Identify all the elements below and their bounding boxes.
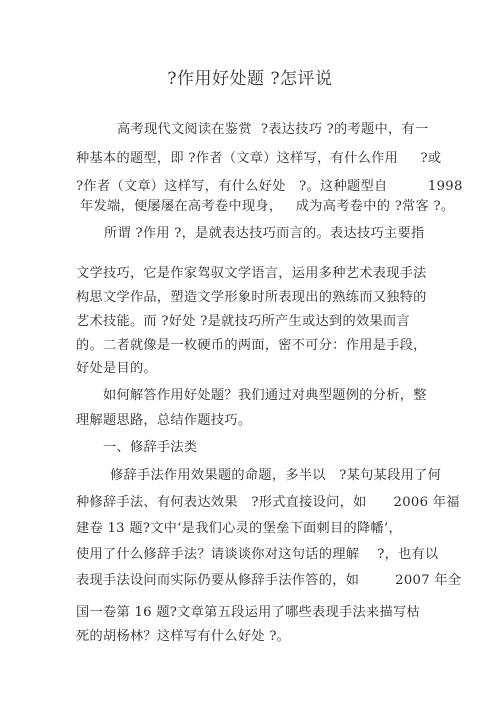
text-line: 年发端，便屡屡在高考卷中现身， 成为高考卷中的 ?常客 ?。	[80, 195, 454, 214]
text-line: ?作者（文章）这样写，有什么好处 ?。这种题型自 1998	[76, 175, 463, 194]
text-line: 种基本的题型，即 ?作者（文章）这样写，有什么作用 ?或	[76, 147, 441, 166]
text-line: 种修辞手法、有何表达效果 ?形式直接设问，如 2006 年福	[76, 491, 460, 510]
section-heading: 一、修辞手法类	[103, 436, 197, 455]
text-line: 理解题思路，总结作题技巧。	[76, 409, 251, 428]
text-line: 表现手法设问而实际仍要从修辞手法作答的，如 2007 年全	[76, 569, 461, 588]
text-line: 好处是目的。	[76, 357, 157, 376]
text-line: 死的胡杨林？这样写有什么好处 ?。	[76, 625, 290, 644]
text-line: 文学技巧，它是作家驾驭文学语言，运用多种艺术表现手法	[76, 262, 427, 281]
text-line: 构思文学作品，塑造文学形象时所表现出的熟练而又独特的	[76, 286, 427, 305]
text-line: 国一卷第 16 题?文章第五段运用了哪些表现手法来描写枯	[76, 601, 420, 620]
text-line: 使用了什么修辞手法？请谈谈你对这句话的理解 ?，也有以	[76, 543, 439, 562]
text-line: 建卷 13 题?文中‘是我们心灵的堡垒下面刺目的降幡’，	[76, 517, 402, 536]
text-line: 修辞手法作用效果题的命题，多半以 ?某句某段用了何	[110, 464, 441, 483]
text-line: 高考现代文阅读在鉴赏 ?表达技巧 ?的考题中，有一	[117, 118, 428, 137]
text-line: 的。二者就像是一枚硬币的两面，密不可分：作用是手段，	[76, 334, 427, 353]
document-title: ?作用好处题 ?怎评说	[0, 64, 500, 89]
text-line: 所谓 ?作用 ?，是就表达技巧而言的。表达技巧主要指	[104, 222, 424, 241]
text-line: 如何解答作用好处题？我们通过对典型题例的分析，整	[103, 384, 427, 403]
text-line: 艺术技能。而 ?好处 ?是就技巧所产生或达到的效果而言	[76, 310, 410, 329]
